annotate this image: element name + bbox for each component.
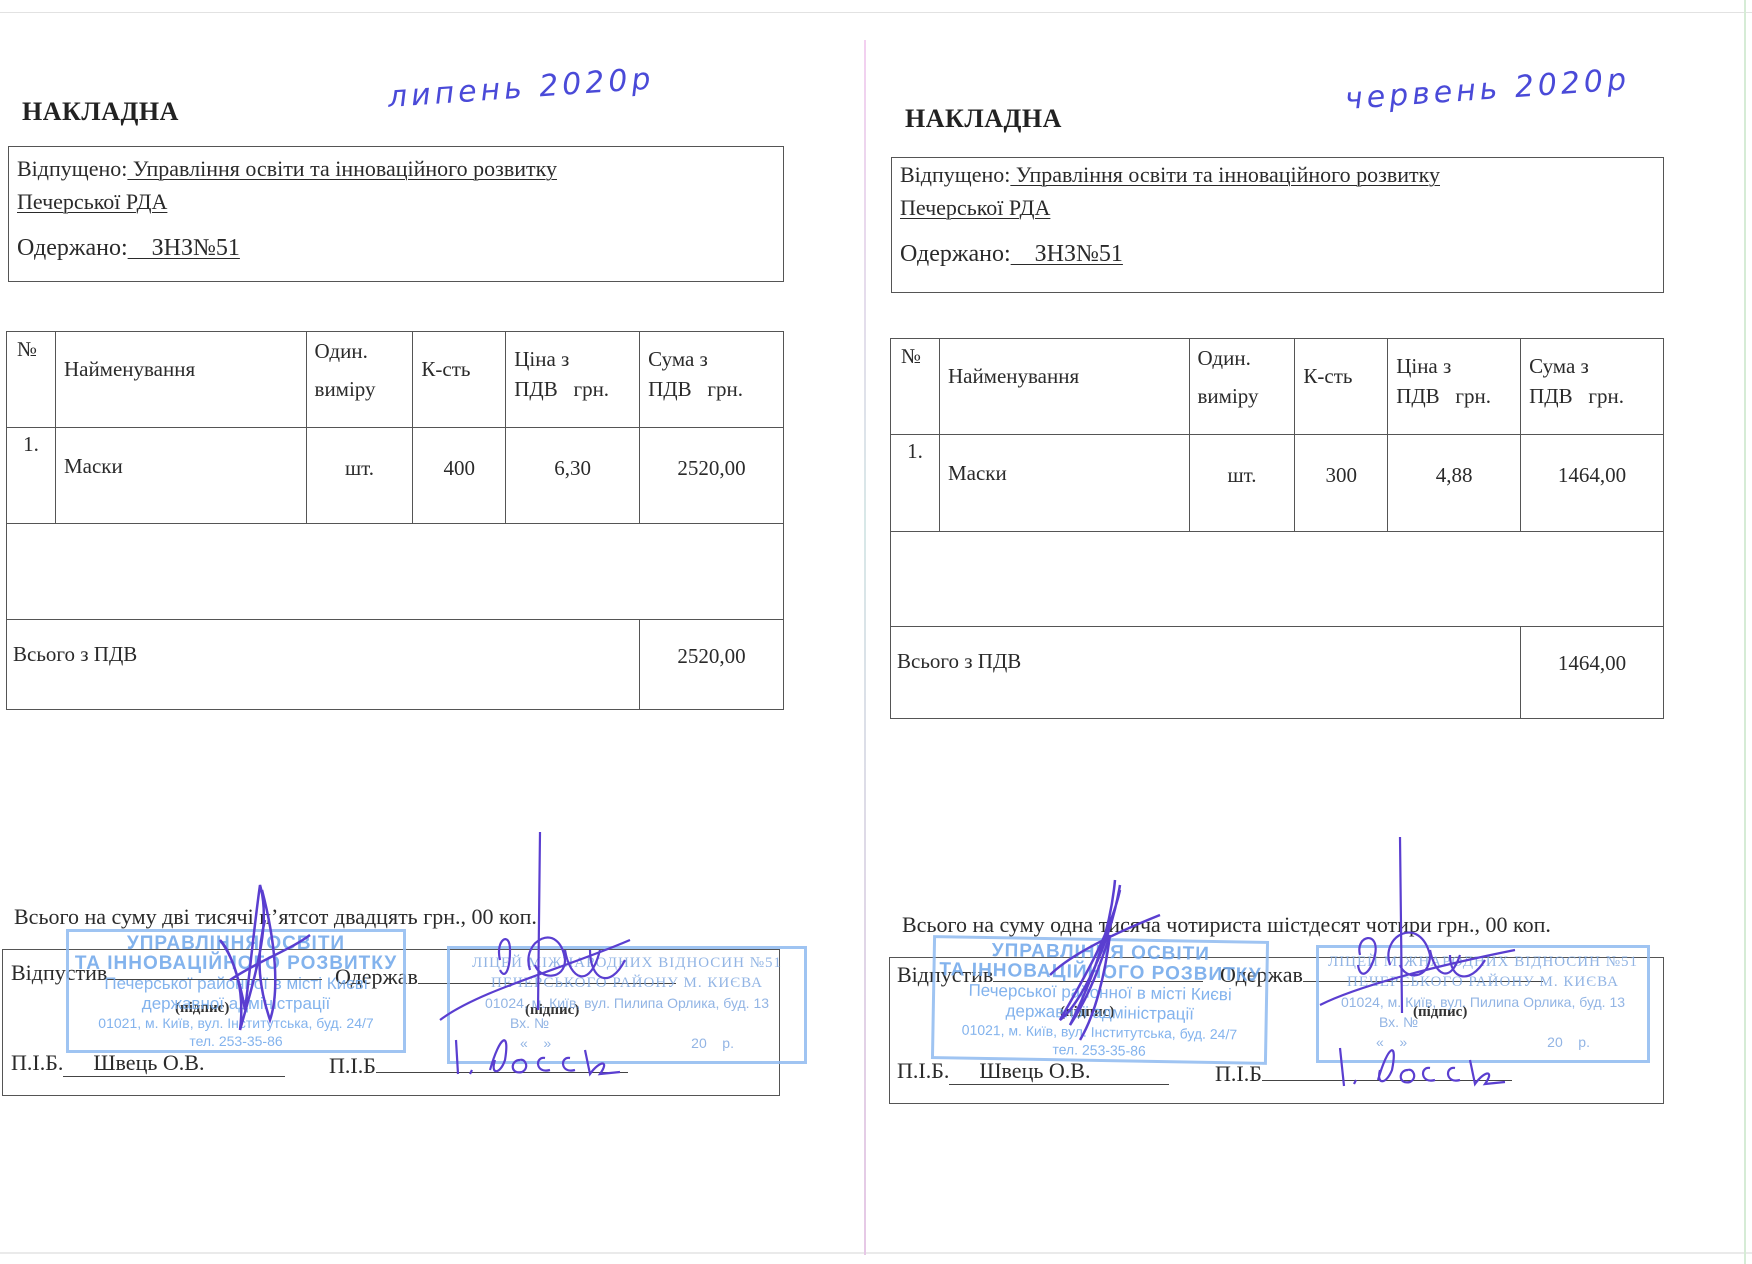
- total-label: Всього з ПДВ: [891, 627, 1521, 719]
- released-value-line2: Печерської РДА: [17, 189, 167, 215]
- cell-price: 4,88: [1388, 435, 1521, 532]
- header-unit: Один.виміру: [1189, 339, 1295, 435]
- invoice-title: НАКЛАДНА: [905, 104, 1062, 134]
- total-value: 2520,00: [640, 620, 784, 710]
- released-value: Управління освіти та інноваційного розви…: [1010, 162, 1440, 187]
- parties-box: Відпущено: Управління освіти та інноваці…: [891, 157, 1664, 293]
- cell-name: Маски: [939, 435, 1189, 532]
- total-label: Всього з ПДВ: [7, 620, 640, 710]
- stamp-line: Вх. №: [1319, 1012, 1647, 1032]
- released-label: Відпущено:: [900, 162, 1010, 187]
- header-sum-line1: Сума з: [648, 344, 775, 374]
- header-price-line2: ПДВ грн.: [514, 374, 631, 404]
- header-sum: Сума зПДВ грн.: [640, 332, 784, 428]
- cell-unit: шт.: [306, 428, 413, 524]
- header-name: Найменування: [55, 332, 306, 428]
- cell-name: Маски: [55, 428, 306, 524]
- released-line: Відпущено: Управління освіти та інноваці…: [900, 162, 1440, 188]
- table-total-row: Всього з ПДВ 1464,00: [891, 627, 1664, 719]
- receiver-signature: [1320, 835, 1520, 1015]
- header-unit-line1: Один.: [315, 332, 405, 370]
- header-qty: К-сть: [413, 332, 506, 428]
- header-unit-line1: Один.: [1198, 339, 1287, 377]
- cell-sum: 2520,00: [640, 428, 784, 524]
- header-unit-line2: виміру: [1198, 377, 1287, 415]
- received-line: Одержано: ЗНЗ№51: [900, 241, 1123, 268]
- header-num: №: [891, 339, 940, 435]
- received-line: Одержано: ЗНЗ№51: [17, 235, 240, 262]
- pib-label-1: П.І.Б.: [11, 1050, 63, 1075]
- header-sum-line2: ПДВ грн.: [1529, 381, 1655, 411]
- pib-label-1: П.І.Б.: [897, 1058, 949, 1083]
- cell-qty: 300: [1295, 435, 1388, 532]
- scan-right-edge: [1744, 0, 1746, 1264]
- sender-signature: [1040, 875, 1180, 1055]
- cell-num: 1.: [891, 435, 940, 532]
- invoice-title: НАКЛАДНА: [22, 97, 179, 127]
- receiver-signature: [440, 830, 640, 1020]
- cell-unit: шт.: [1189, 435, 1295, 532]
- cell-sum: 1464,00: [1521, 435, 1664, 532]
- header-sum-line2: ПДВ грн.: [648, 374, 775, 404]
- header-price: Ціна зПДВ грн.: [1388, 339, 1521, 435]
- page-divider: [864, 40, 866, 1255]
- released-value-line2: Печерської РДА: [900, 195, 1050, 221]
- received-label: Одержано:: [900, 241, 1011, 267]
- header-price-line2: ПДВ грн.: [1396, 381, 1512, 411]
- table-header-row: № Найменування Один.виміру К-сть Ціна зП…: [7, 332, 784, 428]
- header-price: Ціна зПДВ грн.: [506, 332, 640, 428]
- cell-qty: 400: [413, 428, 506, 524]
- scan-bottom-edge: [0, 1252, 1752, 1254]
- released-value: Управління освіти та інноваційного розви…: [127, 156, 557, 181]
- total-value: 1464,00: [1521, 627, 1664, 719]
- items-table: № Найменування Один.виміру К-сть Ціна зП…: [6, 331, 784, 710]
- header-name: Найменування: [939, 339, 1189, 435]
- handwritten-date: червень 2020р: [1344, 62, 1631, 117]
- table-blank-row: [7, 524, 784, 620]
- received-label: Одержано:: [17, 235, 128, 261]
- header-price-line1: Ціна з: [1396, 351, 1512, 381]
- receiver-name-handwriting: [450, 1030, 630, 1080]
- released-label: Відпущено:: [17, 156, 127, 181]
- pib-value-1: Швець О.В.: [63, 1050, 285, 1077]
- header-qty: К-сть: [1295, 339, 1388, 435]
- blank-cell: [7, 524, 784, 620]
- header-unit: Один.виміру: [306, 332, 413, 428]
- table-total-row: Всього з ПДВ 2520,00: [7, 620, 784, 710]
- header-sum-line1: Сума з: [1529, 351, 1655, 381]
- items-table: № Найменування Один.виміру К-сть Ціна зП…: [890, 338, 1664, 719]
- cell-price: 6,30: [506, 428, 640, 524]
- pib-1: П.І.Б.Швець О.В.: [11, 1050, 285, 1077]
- released-line: Відпущено: Управління освіти та інноваці…: [17, 156, 557, 182]
- header-unit-line2: виміру: [315, 370, 405, 408]
- pib-label-2: П.І.Б: [329, 1053, 376, 1078]
- table-row: 1. Маски шт. 300 4,88 1464,00: [891, 435, 1664, 532]
- table-header-row: № Найменування Один.виміру К-сть Ціна зП…: [891, 339, 1664, 435]
- pib-label-2: П.І.Б: [1215, 1061, 1262, 1086]
- cell-num: 1.: [7, 428, 56, 524]
- scan-top-edge: [0, 12, 1752, 13]
- received-value: ЗНЗ№51: [1011, 241, 1123, 267]
- table-blank-row: [891, 532, 1664, 627]
- handwritten-date: липень 2020р: [387, 61, 656, 115]
- header-sum: Сума зПДВ грн.: [1521, 339, 1664, 435]
- blank-cell: [891, 532, 1664, 627]
- header-num: №: [7, 332, 56, 428]
- received-value: ЗНЗ№51: [128, 235, 240, 261]
- receiver-name-handwriting: [1330, 1040, 1510, 1090]
- sender-signature: [200, 880, 320, 1040]
- header-price-line1: Ціна з: [514, 344, 631, 374]
- parties-box: Відпущено: Управління освіти та інноваці…: [8, 146, 784, 282]
- table-row: 1. Маски шт. 400 6,30 2520,00: [7, 428, 784, 524]
